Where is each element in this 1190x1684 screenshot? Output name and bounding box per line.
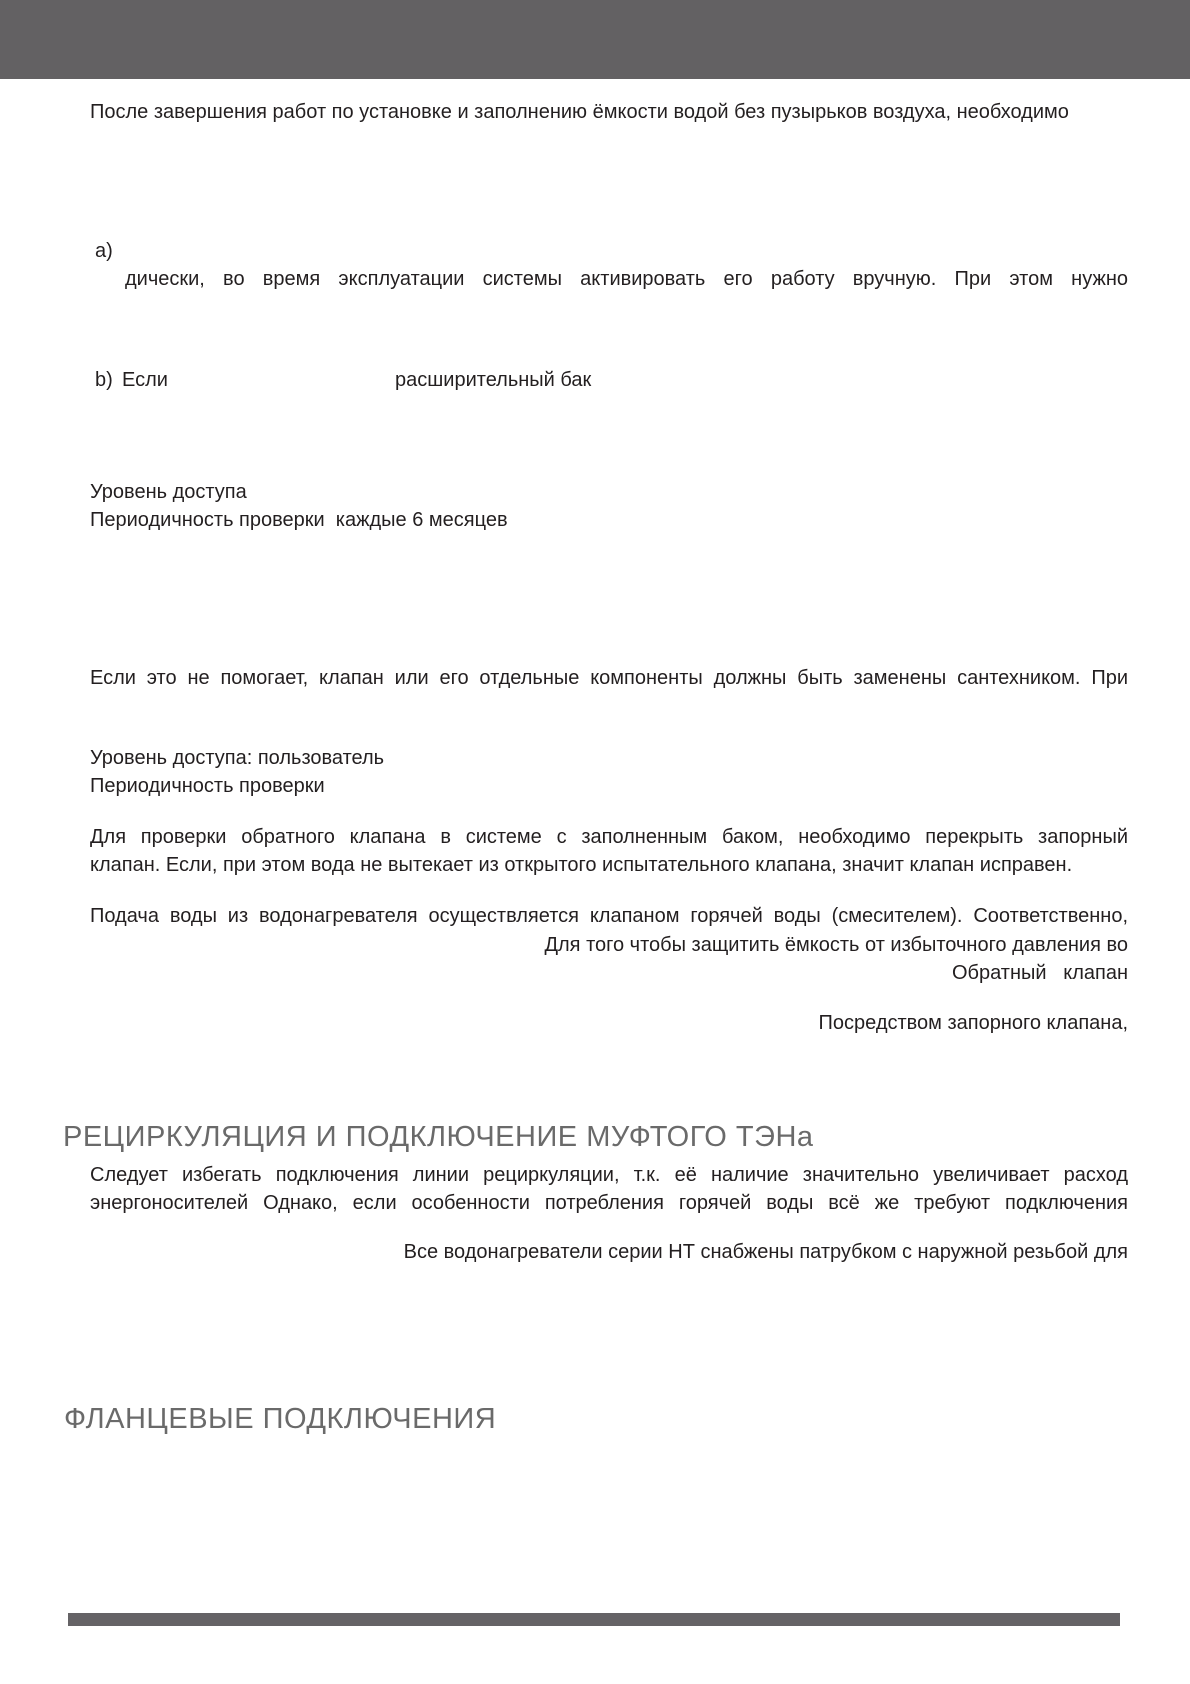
- section-heading-flange: ФЛАНЦЕВЫЕ ПОДКЛЮЧЕНИЯ: [64, 1402, 496, 1436]
- paragraph-recirculation-line1: Следует избегать подключения линии рецир…: [90, 1161, 1128, 1189]
- fragment-shutoff-valve: Посредством запорного клапана,: [90, 1009, 1128, 1037]
- fragment-ht-series: Все водонагреватели серии НТ снабжены па…: [90, 1238, 1128, 1266]
- document-page: После завершения работ по установке и за…: [0, 0, 1190, 1684]
- paragraph-supply-line3: Обратный клапан: [90, 959, 1128, 987]
- check-interval-label-1: Периодичность проверки каждые 6 месяцев: [90, 506, 508, 534]
- access-level-label-2: Уровень доступа: пользователь: [90, 744, 384, 772]
- paragraph-valve-replacement: Если это не помогает, клапан или его отд…: [90, 664, 1128, 692]
- list-item-a-text: дически, во время эксплуатации системы а…: [125, 265, 1128, 293]
- page-footer-bar: [68, 1613, 1120, 1626]
- list-marker-a: a): [95, 237, 113, 265]
- access-level-label-1: Уровень доступа: [90, 478, 247, 506]
- paragraph-check-line2: клапан. Если, при этом вода не вытекает …: [90, 851, 1072, 879]
- paragraph-supply-line2: Для того чтобы защитить ёмкость от избыт…: [90, 931, 1128, 959]
- list-item-b-start: Если: [122, 366, 168, 394]
- check-interval-label-2: Периодичность проверки: [90, 772, 325, 800]
- paragraph-supply-line1: Подача воды из водонагревателя осуществл…: [90, 902, 1128, 930]
- list-marker-b: b): [95, 366, 113, 394]
- list-item-b: b) Если расширительный бак: [0, 366, 1190, 394]
- paragraph-recirculation-line2: энергоносителей Однако, если особенности…: [90, 1189, 1128, 1217]
- list-item-b-fragment: расширительный бак: [395, 366, 591, 394]
- paragraph-check-line1: Для проверки обратного клапана в системе…: [90, 823, 1128, 851]
- page-header-bar: [0, 0, 1190, 79]
- paragraph-intro: После завершения работ по установке и за…: [90, 98, 1069, 126]
- section-heading-recirculation: РЕЦИРКУЛЯЦИЯ И ПОДКЛЮЧЕНИЕ МУФТОГО ТЭНа: [63, 1120, 814, 1154]
